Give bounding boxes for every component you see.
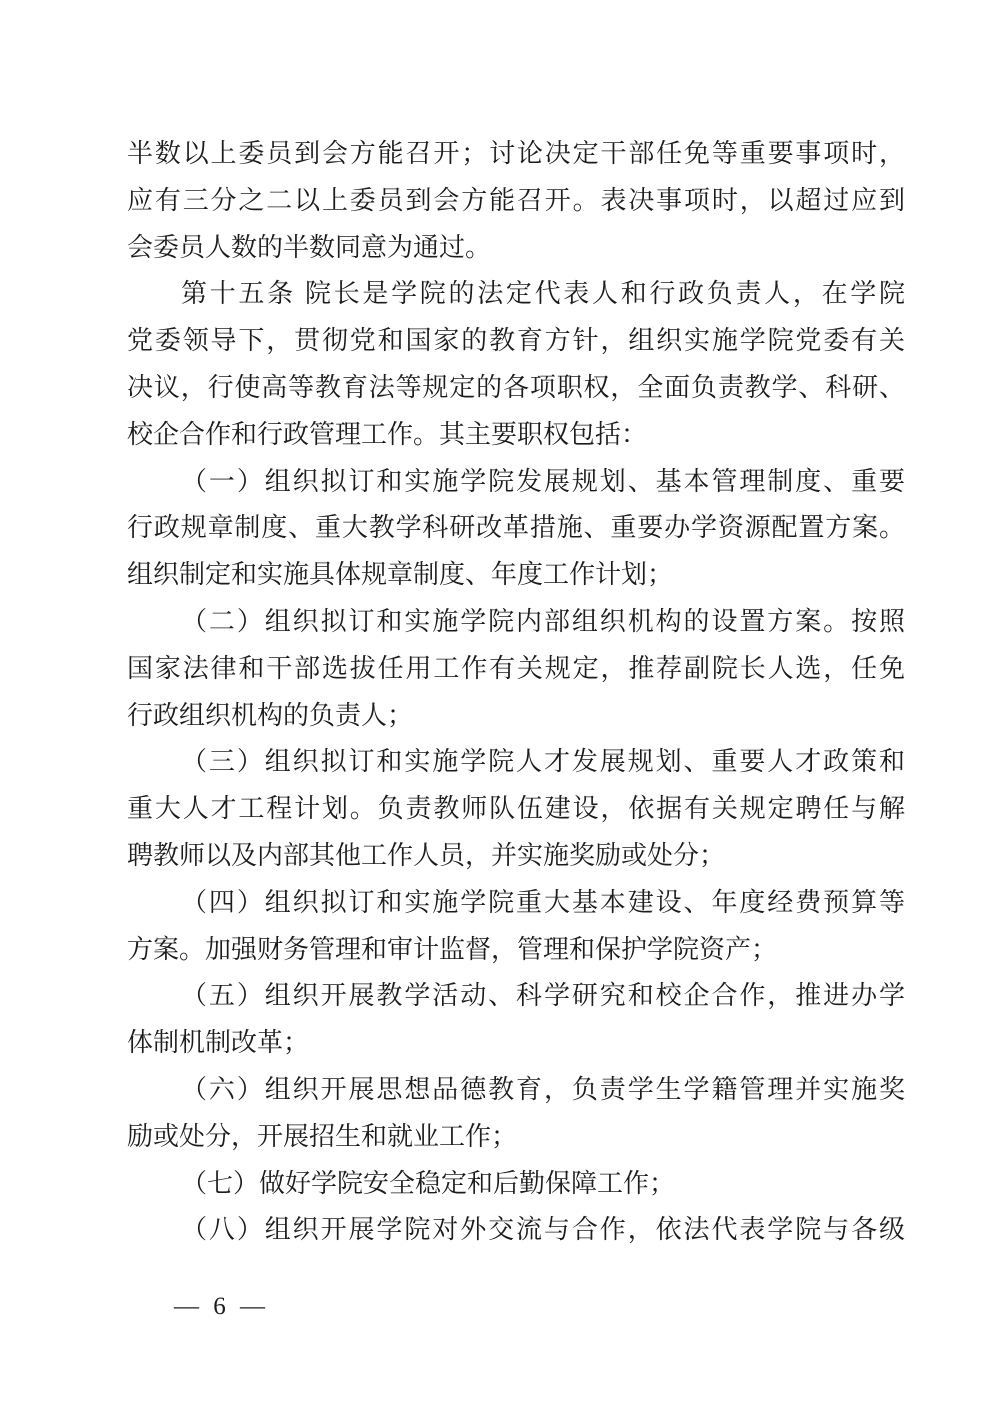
text-line: （一）组织拟订和实施学院发展规划、基本管理制度、重要	[127, 459, 905, 506]
text-line: （二）组织拟订和实施学院内部组织机构的设置方案。按照	[127, 599, 905, 646]
text-line: （五）组织开展教学活动、科学研究和校企合作，推进办学	[127, 973, 905, 1020]
text-line: （六）组织开展思想品德教育，负责学生学籍管理并实施奖	[127, 1067, 905, 1114]
document-page: 半数以上委员到会方能召开；讨论决定干部任免等重要事项时，应有三分之二以上委员到会…	[0, 0, 1000, 1414]
text-line: 第十五条 院长是学院的法定代表人和行政负责人，在学院	[127, 271, 905, 318]
text-line: 决议，行使高等教育法等规定的各项职权，全面负责教学、科研、	[127, 365, 905, 412]
text-line: 会委员人数的半数同意为通过。	[127, 225, 905, 272]
text-line: （三）组织拟订和实施学院人才发展规划、重要人才政策和	[127, 739, 905, 786]
text-line: 党委领导下，贯彻党和国家的教育方针，组织实施学院党委有关	[127, 318, 905, 365]
text-line: 方案。加强财务管理和审计监督，管理和保护学院资产；	[127, 927, 905, 974]
text-line: 应有三分之二以上委员到会方能召开。表决事项时，以超过应到	[127, 178, 905, 225]
text-line: 半数以上委员到会方能召开；讨论决定干部任免等重要事项时，	[127, 131, 905, 178]
text-line: 校企合作和行政管理工作。其主要职权包括：	[127, 412, 905, 459]
page-number: — 6 —	[174, 1293, 269, 1321]
text-line: （七）做好学院安全稳定和后勤保障工作；	[127, 1161, 905, 1208]
text-line: （四）组织拟订和实施学院重大基本建设、年度经费预算等	[127, 880, 905, 927]
text-line: 重大人才工程计划。负责教师队伍建设，依据有关规定聘任与解	[127, 786, 905, 833]
text-line: （八）组织开展学院对外交流与合作，依法代表学院与各级	[127, 1207, 905, 1254]
document-body: 半数以上委员到会方能召开；讨论决定干部任免等重要事项时，应有三分之二以上委员到会…	[127, 131, 905, 1254]
text-line: 国家法律和干部选拔任用工作有关规定，推荐副院长人选，任免	[127, 646, 905, 693]
text-line: 组织制定和实施具体规章制度、年度工作计划；	[127, 552, 905, 599]
text-line: 体制机制改革；	[127, 1020, 905, 1067]
text-line: 行政规章制度、重大教学科研改革措施、重要办学资源配置方案。	[127, 505, 905, 552]
text-line: 行政组织机构的负责人；	[127, 693, 905, 740]
text-line: 励或处分，开展招生和就业工作；	[127, 1114, 905, 1161]
text-line: 聘教师以及内部其他工作人员，并实施奖励或处分；	[127, 833, 905, 880]
